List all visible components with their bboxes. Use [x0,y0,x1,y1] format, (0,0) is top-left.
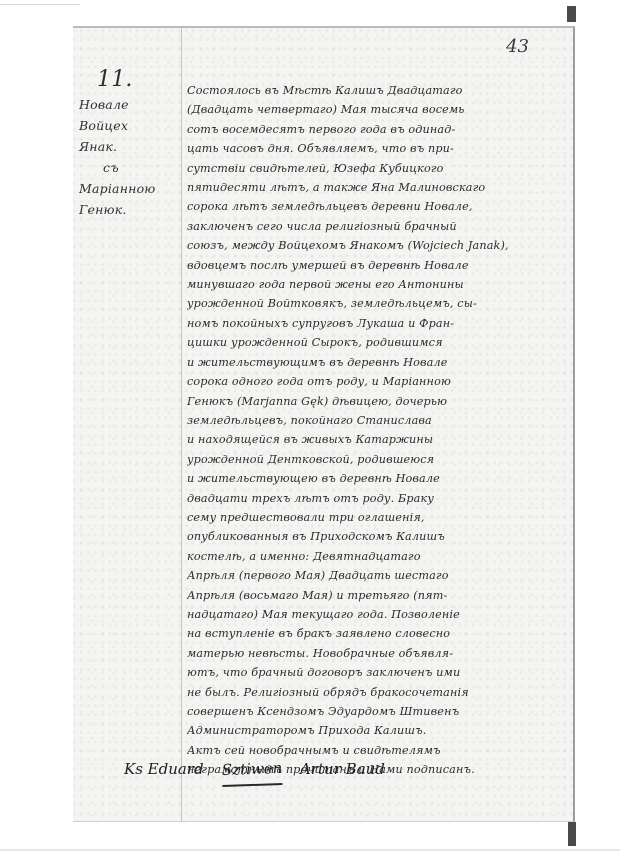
body-line: вдовцемъ послѣ умершей въ деревнѣ Новале [187,256,569,275]
body-line: заключенъ сего числа религiозный брачный [187,217,569,236]
body-line: Администраторомъ Прихода Калишъ. [187,721,569,740]
body-line: матерью невѣсты. Новобрачные объявля- [187,644,569,663]
body-line: опубликованныя въ Приходскомъ Калишъ [187,527,569,546]
body-line: и находящейся въ живыхъ Катаржины [187,430,569,449]
body-line: сотъ восемдесятъ первого года въ одинад- [187,120,569,139]
entry-number: 11. [79,66,177,94]
body-line: не былъ. Религiозный обрядъ бракосочетан… [187,683,569,702]
scan-bottom-edge [0,849,620,851]
body-line: и жительствующимъ въ деревнѣ Новале [187,353,569,372]
signature-witness: Artur Baud [300,760,385,778]
margin-village: Новале [79,94,177,115]
body-line: (Двадцать четвертаго) Мая тысяча восемь [187,100,569,119]
document-page: 43 11. Новале Войцех Янак. съ Марiанною … [73,26,575,822]
body-line: номъ покойныхъ супруговъ Лукаша и Фран- [187,314,569,333]
body-line: костелѣ, а именно: Девятнадцатаго [187,547,569,566]
body-line: Состоялось въ Мѣстѣ Калишъ Двадцатаго [187,81,569,100]
body-line: Актъ сей новобрачнымъ и свидѣтелямъ [187,741,569,760]
margin-bride-first: Марiанною [79,178,177,199]
record-body: Состоялось въ Мѣстѣ Калишъ Двадцатаго (Д… [187,81,569,780]
scan-edge-tab-bottom [568,822,576,846]
margin-column: 11. Новале Войцех Янак. съ Марiанною Ген… [79,66,177,220]
signature-block: Ks Eduard Sztiwen Artur Baud [124,760,494,786]
body-line: на вступленiе въ бракъ заявлено словесно [187,624,569,643]
scan-edge-tab-top [567,6,576,22]
body-line: совершенъ Ксендзомъ Эдуардомъ Штивенъ [187,702,569,721]
margin-groom-last: Янак. [79,136,177,157]
body-line: земледѣльцевъ, покойнаго Станислава [187,411,569,430]
body-line: сорока одного года отъ роду, и Марiанною [187,372,569,391]
body-line: союзъ, между Войцехомъ Янакомъ (Wojciech… [187,236,569,255]
body-line: урожденной Войтковякъ, земледѣльцемъ, сы… [187,294,569,313]
signature-priest-last: Sztiwen [221,759,282,787]
body-line: Апрѣля (восьмаго Мая) и третьяго (пят- [187,586,569,605]
body-line: урожденной Дентковской, родившеюся [187,450,569,469]
body-line: сутствiи свидѣтелей, Юзефа Кубицкого [187,159,569,178]
scan-edge-line [0,4,80,5]
margin-groom-first: Войцех [79,115,177,136]
body-line: ютъ, что брачный договоръ заключенъ ими [187,663,569,682]
body-line: сорока лѣтъ земледѣльцевъ деревни Новале… [187,197,569,216]
body-line: Апрѣля (первого Мая) Двадцать шестаго [187,566,569,585]
body-line: минувшаго года первой жены его Антонины [187,275,569,294]
body-line: сему предшествовали три оглашенiя, [187,508,569,527]
body-line: цать часовъ дня. Объявляемъ, что въ при- [187,139,569,158]
body-line: Генюкъ (Marjanna Gęk) дѣвицею, дочерью [187,392,569,411]
body-line: пятидесяти лѣтъ, а также Яна Малиновскаг… [187,178,569,197]
margin-bride-last: Генюк. [79,199,177,220]
body-line: надцатаго) Мая текущаго года. Позволенiе [187,605,569,624]
body-line: двадцати трехъ лѣтъ отъ роду. Браку [187,489,569,508]
margin-rule [181,28,182,821]
body-line: цишки урожденной Сырокъ, родившимся [187,333,569,352]
page-number: 43 [506,36,529,57]
margin-with: съ [79,157,177,178]
body-line: и жительствующею въ деревнѣ Новале [187,469,569,488]
signature-priest-first: Ks Eduard [124,760,204,778]
